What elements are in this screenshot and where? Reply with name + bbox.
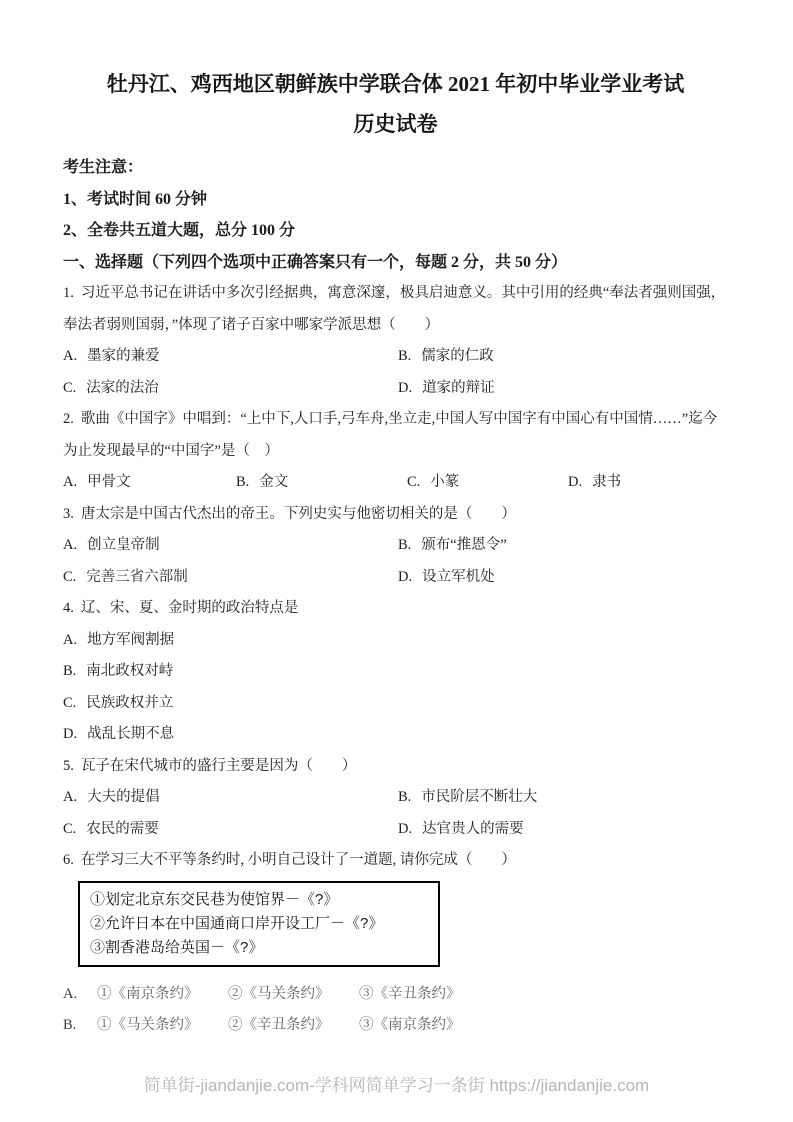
question-1-options-row-1: A.墨家的兼爱 B.儒家的仁政 [63,341,728,373]
question-2: 2.歌曲《中国字》中唱到：“上中下,人口手,弓车舟,坐立走,中国人写中国字有中国… [63,404,728,499]
option-4A: A.地方军阀割据 [63,625,728,657]
option-6B: B. ①《马关条约》 ②《辛丑条约》 ③《南京条约》 [63,1010,728,1042]
treaty-clues-box: ①划定北京东交民巷为使馆界－《?》 ②允许日本在中国通商口岸开设工厂－《?》 ③… [78,881,440,967]
question-1-options-row-2: C.法家的法治 D.道家的辩证 [63,373,728,405]
option-4D: D.战乱长期不息 [63,719,728,751]
question-5-number: 5. [63,758,74,774]
question-5-text: 5.瓦子在宋代城市的盛行主要是因为（ ） [63,751,728,783]
question-5-options-row-2: C.农民的需要 D.达官贵人的需要 [63,814,728,846]
question-4: 4.辽、宋、夏、金时期的政治特点是 A.地方军阀割据 B.南北政权对峙 C.民族… [63,593,728,751]
option-2C: C.小篆 [407,467,568,499]
question-5-options-row-1: A.大夫的提倡 B.市民阶层不断壮大 [63,782,728,814]
treaty-clue-3: ③割香港岛给英国－《?》 [90,936,428,960]
question-4-text: 4.辽、宋、夏、金时期的政治特点是 [63,593,728,625]
section-heading: 一、选择题（下列四个选项中正确答案只有一个，每题 2 分，共 50 分） [63,247,728,279]
question-1: 1.习近平总书记在讲话中多次引经据典，寓意深邃，极具启迪意义。其中引用的经典“奉… [63,278,728,404]
notice-heading: 考生注意： [63,152,728,184]
option-1A: A.墨家的兼爱 [63,341,398,373]
option-4B: B.南北政权对峙 [63,656,728,688]
option-5D: D.达官贵人的需要 [398,814,728,846]
question-3-options-row-1: A.创立皇帝制 B.颁布“推恩令” [63,530,728,562]
question-3-number: 3. [63,506,74,522]
question-5: 5.瓦子在宋代城市的盛行主要是因为（ ） A.大夫的提倡 B.市民阶层不断壮大 … [63,751,728,846]
option-3B: B.颁布“推恩令” [398,530,728,562]
page-content: 牡丹江、鸡西地区朝鲜族中学联合体 2021 年初中毕业学业考试 历史试卷 考生注… [0,0,793,1042]
option-4C: C.民族政权并立 [63,688,728,720]
option-5A: A.大夫的提倡 [63,782,398,814]
question-2-options-row: A.甲骨文 B.金文 C.小篆 D.隶书 [63,467,728,499]
treaty-clue-2: ②允许日本在中国通商口岸开设工厂－《?》 [90,912,428,936]
option-6A: A. ①《南京条约》 ②《马关条约》 ③《辛丑条约》 [63,979,728,1011]
option-1C: C.法家的法治 [63,373,398,405]
exam-paper-page: { "header": { "title_line1": "牡丹江、鸡西地区朝鲜… [0,0,793,1122]
option-5C: C.农民的需要 [63,814,398,846]
option-3D: D.设立军机处 [398,562,728,594]
question-6: 6.在学习三大不平等条约时, 小明自己设计了一道题, 请你完成（ ） ①划定北京… [63,845,728,1042]
exam-title: 牡丹江、鸡西地区朝鲜族中学联合体 2021 年初中毕业学业考试 [63,64,728,104]
question-3-options-row-2: C.完善三省六部制 D.设立军机处 [63,562,728,594]
question-3-text: 3.唐太宗是中国古代杰出的帝王。下列史实与他密切相关的是（ ） [63,499,728,531]
option-1B: B.儒家的仁政 [398,341,728,373]
footer-watermark: 简单街-jiandanjie.com-学科网简单学习一条街 https://ji… [0,1071,793,1096]
option-3A: A.创立皇帝制 [63,530,398,562]
question-1-text: 1.习近平总书记在讲话中多次引经据典，寓意深邃，极具启迪意义。其中引用的经典“奉… [63,278,728,341]
question-6-text: 6.在学习三大不平等条约时, 小明自己设计了一道题, 请你完成（ ） [63,845,728,877]
question-4-number: 4. [63,600,74,616]
question-6-number: 6. [63,852,74,868]
question-2-number: 2. [63,411,74,427]
exam-subtitle: 历史试卷 [63,104,728,144]
question-2-text: 2.歌曲《中国字》中唱到：“上中下,人口手,弓车舟,坐立走,中国人写中国字有中国… [63,404,728,467]
option-2B: B.金文 [236,467,407,499]
notice-item-1: 1、考试时间 60 分钟 [63,184,728,216]
option-5B: B.市民阶层不断壮大 [398,782,728,814]
option-2D: D.隶书 [568,467,728,499]
option-2A: A.甲骨文 [63,467,236,499]
option-1D: D.道家的辩证 [398,373,728,405]
treaty-clue-1: ①划定北京东交民巷为使馆界－《?》 [90,888,428,912]
notice-block: 考生注意： 1、考试时间 60 分钟 2、全卷共五道大题，总分 100 分 一、… [63,152,728,278]
question-3: 3.唐太宗是中国古代杰出的帝王。下列史实与他密切相关的是（ ） A.创立皇帝制 … [63,499,728,594]
option-3C: C.完善三省六部制 [63,562,398,594]
notice-item-2: 2、全卷共五道大题，总分 100 分 [63,215,728,247]
question-1-number: 1. [63,285,74,301]
